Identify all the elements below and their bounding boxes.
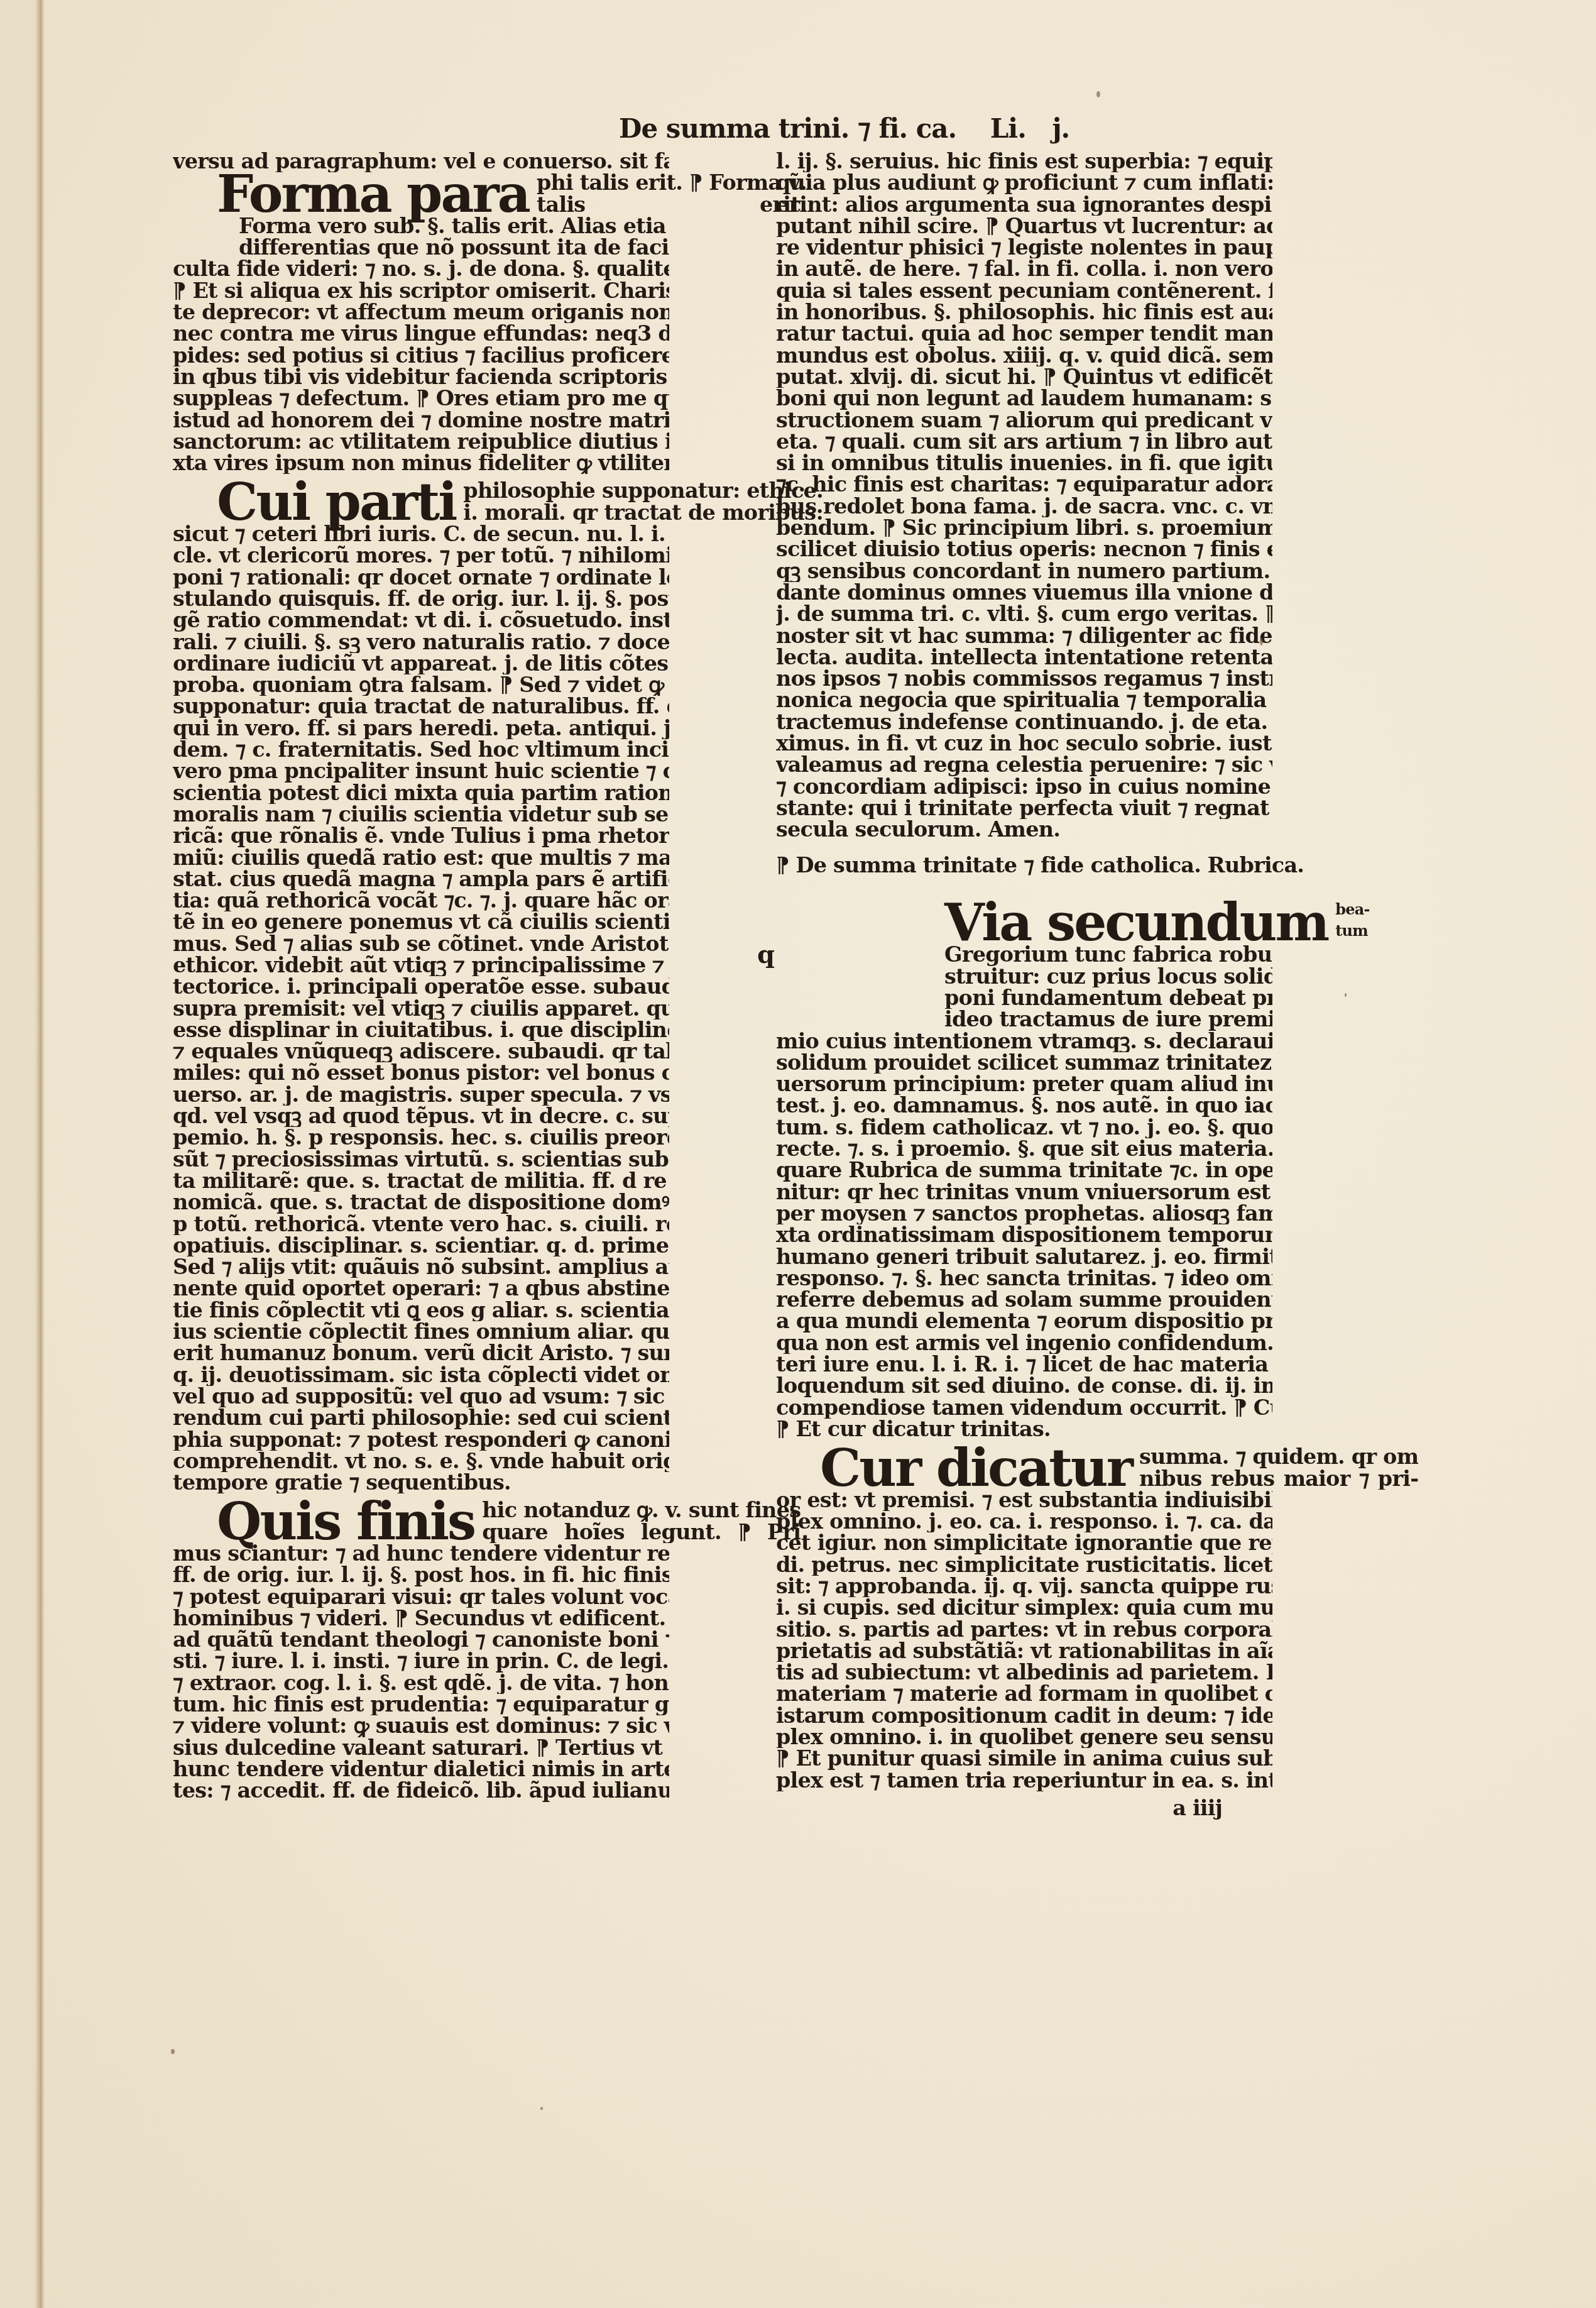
- heading-cur-dicatur: Cur dicatur summa. ⁊ quidem. qr omnibus …: [776, 1446, 1272, 1490]
- text-line: tempore gratie ⁊ sequentibus.: [173, 1472, 669, 1493]
- text-line: differentias que nõ possunt ita de facil…: [173, 237, 669, 258]
- text-line: vero pma pncipaliter insunt huic scienti…: [173, 761, 669, 782]
- heading-side-lines: summa. ⁊ quidem. qr omnibus rebus maior …: [1139, 1446, 1418, 1490]
- text-line: proba. quoniam ꝯtra falsam. ⁋ Sed ⁊ vide…: [173, 674, 669, 696]
- text-line: suppleas ⁊ defectum. ⁋ Ores etiam pro me…: [173, 388, 669, 409]
- text-line: sitio. s. partis ad partes: vt in rebus …: [776, 1619, 1272, 1640]
- text-line: qua non est armis vel ingenio confidendu…: [776, 1333, 1272, 1354]
- book-page: De summa trini. ⁊ fi. ca. Li. j. versu a…: [0, 0, 1596, 2308]
- heading-side-lines: philosophie supponatur: ethice.i. morali…: [463, 480, 823, 524]
- text-line: supponatur: quia tractat de naturalibus.…: [173, 696, 669, 717]
- running-head: De summa trini. ⁊ fi. ca. Li. j.: [619, 113, 1069, 144]
- heading-large-text: Quis finis: [173, 1500, 482, 1543]
- text-line: gẽ ratio commendat: vt di. i. cõsuetudo.…: [173, 610, 669, 631]
- text-line: ⁊ videre volunt: ꝙ suauis est dominus: ⁊…: [173, 1715, 669, 1737]
- text-line: ⁊ extraor. cog. l. i. §. est qdẽ. j. de …: [173, 1673, 669, 1694]
- text-line: or est: vt premisi. ⁊ est substantia ind…: [776, 1490, 1272, 1511]
- text-line: ⁊c. hic finis est charitas: ⁊ equiparatu…: [776, 474, 1272, 495]
- text-line: nonica negocia que spiritualia ⁊ tempora…: [776, 690, 1272, 711]
- text-line: tractemus indefense continuando. j. de e…: [776, 712, 1272, 733]
- text-line: mus sciantur: ⁊ ad hunc tendere videntur…: [173, 1543, 669, 1564]
- text-line: tes: ⁊ accedit. ff. de fideicõ. lib. ãpu…: [173, 1780, 669, 1801]
- text-line: hic notanduz ꝙ. v. sunt fines: [482, 1500, 801, 1521]
- heading-cui-parti: Cui parti philosophie supponatur: ethice…: [173, 480, 669, 524]
- quis-finis-paragraph: mus sciantur: ⁊ ad hunc tendere videntur…: [173, 1543, 669, 1802]
- text-line: miũ: ciuilis quedã ratio est: que multis…: [173, 847, 669, 869]
- text-line: scilicet diuisio totius operis: necnon ⁊…: [776, 539, 1272, 560]
- text-line: istud ad honorem dei ⁊ domine nostre mat…: [173, 410, 669, 431]
- text-line: nibus rebus maior ⁊ pri-: [1139, 1468, 1418, 1490]
- text-line: phi talis erit. ⁋ Forma ṽ.: [537, 172, 807, 194]
- heading-large-text: Cur dicatur: [776, 1447, 1139, 1490]
- text-line: mus. Sed ⁊ alias sub se cõtinet. vnde Ar…: [173, 933, 669, 955]
- text-line: tie finis cõplectit vti ꝗ eos g aliar. s…: [173, 1300, 669, 1321]
- text-line: teri iure enu. l. i. R. i. ⁊ licet de ha…: [776, 1354, 1272, 1375]
- text-line: di. petrus. nec simplicitate rusticitati…: [776, 1554, 1272, 1576]
- text-line: stat. cius quedã magna ⁊ ampla pars ẽ ar…: [173, 869, 669, 890]
- text-line: hunc tendere videntur dialetici nimis in…: [173, 1759, 669, 1780]
- text-line: stante: qui i trinitate perfecta viuit ⁊…: [776, 798, 1272, 819]
- text-line: i. morali. qr tractat de moribus:: [463, 502, 823, 524]
- text-line: poni ⁊ rationali: qr docet ornate ⁊ ordi…: [173, 567, 669, 588]
- text-line: tis ad subiectum: vt albedinis ad pariet…: [776, 1662, 1272, 1683]
- text-line: ⁋ Et si aliqua ex his scriptor omiserit.…: [173, 280, 669, 302]
- text-line: noster sit vt hac summa: ⁊ diligenter ac…: [776, 625, 1272, 647]
- text-line: scientia potest dici mixta quia partim r…: [173, 783, 669, 804]
- text-line: opatiuis. disciplinar. s. scientiar. q. …: [173, 1235, 669, 1256]
- text-line: dante dominus omnes viuemus illa vnione …: [776, 582, 1272, 603]
- heading-forma-paraphi: Forma para phi talis erit. ⁋ Forma ṽ.tal…: [173, 172, 669, 216]
- text-line: eta. ⁊ quali. cum sit ars artium ⁊ in li…: [776, 431, 1272, 453]
- text-line: vel quo ad suppositũ: vel quo ad vsum: ⁊…: [173, 1386, 669, 1407]
- text-line: in honoribus. §. philosophis. hic finis …: [776, 302, 1272, 323]
- text-line: ximus. in fi. vt cuz in hoc seculo sobri…: [776, 733, 1272, 754]
- folio-number: j.: [1052, 113, 1069, 144]
- text-line: uersorum principium: preter quam aliud i…: [776, 1074, 1272, 1095]
- text-line: xta vires ipsum non minus fideliter ꝙ vt…: [173, 453, 669, 474]
- text-line: plex est ⁊ tamen tria reperiuntur in ea.…: [776, 1770, 1272, 1791]
- text-line: rendum cui parti philosophie: sed cui sc…: [173, 1407, 669, 1429]
- text-line: a qua mundi elementa ⁊ eorum dispositio …: [776, 1311, 1272, 1332]
- text-line: l. ij. §. seruius. hic finis est superbi…: [776, 151, 1272, 172]
- text-line: ta militarẽ: que. s. tractat de militia.…: [173, 1170, 669, 1192]
- text-line: Forma vero sub. §. talis erit. Alias eti…: [173, 216, 669, 237]
- text-line: ordinare iudiciũ vt appareat. j. de liti…: [173, 653, 669, 674]
- cur-dicatur-paragraph: or est: vt premisi. ⁊ est substantia ind…: [776, 1490, 1272, 1791]
- text-line: ⁋ Et cur dicatur trinitas.: [776, 1419, 1272, 1440]
- text-line: sius dulcedine valeant saturari. ⁋ Terti…: [173, 1737, 669, 1759]
- heading-side-lines: bea-tum: [1335, 901, 1369, 945]
- text-line: referre debemus ad solam summe prouident…: [776, 1289, 1272, 1311]
- text-line: si in omnibus titulis inuenies. in fi. q…: [776, 453, 1272, 474]
- text-line: te deprecor: vt affectum meum origanis n…: [173, 302, 669, 323]
- cui-parti-paragraph: sicut ⁊ ceteri libri iuris. C. de secun.…: [173, 524, 669, 1493]
- text-line: quare hoĩes legunt. ⁋ Pri: [482, 1522, 801, 1543]
- text-line: ius scientie cõplectit fines omnium alia…: [173, 1321, 669, 1343]
- text-line: compendiose tamen videndum occurrit. ⁋ C…: [776, 1397, 1272, 1419]
- heading-via-secundum: Via secundum bea-tum: [776, 901, 1272, 945]
- text-line: i. si cupis. sed dicitur simplex: quia c…: [776, 1597, 1272, 1618]
- text-line: in autẽ. de here. ⁊ fal. in fi. colla. i…: [776, 258, 1272, 280]
- text-line: istarum compositionum cadit in deum: ⁊ i…: [776, 1705, 1272, 1727]
- text-line: materiam ⁊ materie ad formam in quolibet…: [776, 1683, 1272, 1705]
- text-line: sũt ⁊ preciosissimas virtutũ. s. scienti…: [173, 1149, 669, 1170]
- text-line: Sed ⁊ alijs vtit: quãuis nõ subsint. amp…: [173, 1256, 669, 1278]
- text-line: ethicor. videbit aũt vtiqꝫ ⁊ principalis…: [173, 955, 669, 976]
- text-line: hominibus ⁊ videri. ⁋ Secundus vt edific…: [173, 1608, 669, 1629]
- text-line: bendum. ⁋ Sic principium libri. s. proem…: [776, 517, 1272, 539]
- text-line: mio cuius intentionem vtramqꝫ. s. declar…: [776, 1031, 1272, 1052]
- text-line: nente quid oportet operari: ⁊ a qbus abs…: [173, 1278, 669, 1299]
- text-line: solidum prouidet scilicet summaz trinita…: [776, 1052, 1272, 1074]
- left-column: versu ad paragraphum: vel e conuerso. si…: [173, 151, 669, 1802]
- text-line: ad quãtũ tendant theologi ⁊ canoniste bo…: [173, 1629, 669, 1651]
- text-line: prietatis ad substãtiã: vt rationabilita…: [776, 1640, 1272, 1662]
- text-line: rali. ⁊ ciuili. §. sꝫ vero naturalis rat…: [173, 632, 669, 653]
- text-line: qꝫ sensibus concordant in numero partium…: [776, 561, 1272, 582]
- text-line: structionem suam ⁊ aliorum qui predicant…: [776, 410, 1272, 431]
- text-line: recte. ⁊. s. i proemio. §. que sit eius …: [776, 1138, 1272, 1160]
- heading-large-text: Cui parti: [173, 481, 463, 524]
- text-line: tum. s. fidem catholicaz. vt ⁊ no. j. eo…: [776, 1117, 1272, 1138]
- text-line: phia supponat: ⁊ potest responderi ꝙ can…: [173, 1429, 669, 1451]
- text-line: plex omnino. i. in quolibet genere seu s…: [776, 1727, 1272, 1748]
- text-line: tectorice. i. principali operatõe esse. …: [173, 976, 669, 997]
- text-line: humano generi tribuit salutarez. j. eo. …: [776, 1246, 1272, 1268]
- text-line: comprehendit. vt no. s. e. §. vnde habui…: [173, 1451, 669, 1472]
- text-line: poni fundamentum debeat prouidetur: [944, 987, 1272, 1009]
- text-line: re videntur phisici ⁊ legiste nolentes i…: [776, 237, 1272, 258]
- text-line: sanctorum: ac vtilitatem reipublice diut…: [173, 431, 669, 453]
- text-line: quare Rubrica de summa trinitate ⁊c. in …: [776, 1160, 1272, 1181]
- running-head-book: Li.: [990, 113, 1026, 144]
- rubric-heading: ⁋ De summa trinitate ⁊ fide catholica. R…: [776, 855, 1272, 876]
- text-line: summa. ⁊ quidem. qr om: [1139, 1446, 1418, 1468]
- text-line: per moysen ⁊ sanctos prophetas. aliosqꝫ …: [776, 1203, 1272, 1224]
- text-line: tẽ in eo genere ponemus vt cã ciuilis sc…: [173, 911, 669, 933]
- text-line: plex omnino. j. eo. ca. i. responso. i. …: [776, 1511, 1272, 1532]
- right-intro-paragraph: l. ij. §. seruius. hic finis est superbi…: [776, 151, 1272, 841]
- text-line: ideo tractamus de iure premisso proe-: [944, 1009, 1272, 1030]
- page-fold-shadow: [35, 0, 45, 2308]
- text-line: qd. vel vsqꝫ ad quod tẽpus. vt in decre.…: [173, 1106, 669, 1127]
- text-line: test. j. eo. damnamus. §. nos autẽ. in q…: [776, 1095, 1272, 1116]
- text-line: Gregorium tunc fabrica robusta con-: [944, 944, 1272, 965]
- running-head-title: De summa trini. ⁊ fi. ca.: [619, 113, 956, 144]
- text-line: moralis nam ⁊ ciuilis scientia videtur s…: [173, 804, 669, 825]
- text-line: bea-: [1335, 901, 1369, 923]
- text-line: pides: sed potius si citius ⁊ facilius p…: [173, 345, 669, 366]
- via-secundum-paragraph: mio cuius intentionem vtramqꝫ. s. declar…: [776, 1031, 1272, 1441]
- forma-paragraph: Forma vero sub. §. talis erit. Alias eti…: [173, 216, 669, 475]
- text-line: uerso. ar. j. de magistris. super specul…: [173, 1084, 669, 1106]
- heading-quis-finis: Quis finis hic notanduz ꝙ. v. sunt fines…: [173, 1500, 669, 1543]
- text-line: q. ij. deuotissimam. sic ista cõplecti v…: [173, 1365, 669, 1386]
- heading-large-text: Via secundum: [944, 901, 1335, 944]
- text-line: struitur: cuz prius locus solidus in quo: [944, 966, 1272, 987]
- text-line: pemio. h. §. p responsis. hec. s. ciuili…: [173, 1127, 669, 1148]
- text-line: putant nihil scire. ⁋ Quartus vt lucrent…: [776, 216, 1272, 237]
- text-line: cle. vt clericorũ mores. ⁊ per totũ. ⁊ n…: [173, 545, 669, 566]
- text-line: mundus est obolus. xiiij. q. v. quid dic…: [776, 345, 1272, 366]
- text-line: nos ipsos ⁊ nobis commissos regamus ⁊ in…: [776, 668, 1272, 690]
- text-line: loquendum sit sed diuino. de conse. di. …: [776, 1375, 1272, 1397]
- text-line: nomicã. que. s. tractat de dispositione …: [173, 1192, 669, 1213]
- text-line: sicut ⁊ ceteri libri iuris. C. de secun.…: [173, 524, 669, 545]
- heading-side-lines: phi talis erit. ⁋ Forma ṽ.talis erit.: [537, 172, 807, 216]
- guide-letter: q: [757, 944, 774, 965]
- text-line: quia plus audiunt ꝙ proficiunt ⁊ cum inf…: [776, 172, 1272, 194]
- text-line: cet igiur. non simplicitate ignorantie q…: [776, 1532, 1272, 1554]
- text-line: secula seculorum. Amen.: [776, 819, 1272, 840]
- text-line: j. de summa tri. c. vlti. §. cum ergo ve…: [776, 603, 1272, 625]
- signature-mark: a iiij: [776, 1798, 1272, 1819]
- text-line: ⁊ equales vnũqueqꝫ adiscere. subaudi. qr…: [173, 1041, 669, 1062]
- text-line: ⁋ Et punitur quasi simile in anima cuius…: [776, 1748, 1272, 1769]
- text-line: erint: alios argumenta sua ignorantes de…: [776, 194, 1272, 216]
- text-line: talis erit.: [537, 194, 807, 216]
- right-column: l. ij. §. seruius. hic finis est superbi…: [776, 151, 1272, 1819]
- text-line: miles: qui nõ esset bonus pistor: vel bo…: [173, 1062, 669, 1084]
- text-line: ⁊ potest equiparari visui: qr tales volu…: [173, 1586, 669, 1608]
- text-line: qui in vero. ff. si pars heredi. peta. a…: [173, 718, 669, 739]
- text-line: ff. de orig. iur. l. ij. §. post hos. in…: [173, 1564, 669, 1586]
- text-line: nec contra me virus lingue effundas: neq…: [173, 323, 669, 344]
- text-line: sit: ⁊ approbanda. ij. q. vij. sancta qu…: [776, 1576, 1272, 1597]
- text-line: tia: quã rethoricã vocãt ⁊c. ⁊. j. quare…: [173, 890, 669, 911]
- text-line: erit humanuz bonum. verũ dicit Aristo. ⁊…: [173, 1343, 669, 1364]
- text-line: in qbus tibi vis videbitur facienda scri…: [173, 366, 669, 388]
- text-line: valeamus ad regna celestia peruenire: ⁊ …: [776, 754, 1272, 776]
- text-line: culta fide videri: ⁊ no. s. j. de dona. …: [173, 258, 669, 280]
- text-line: putat. xlvij. di. sicut hi. ⁋ Quintus vt…: [776, 366, 1272, 388]
- text-line: philosophie supponatur: ethice.: [463, 480, 823, 502]
- text-line: tum: [1335, 923, 1369, 944]
- heading-side-lines: hic notanduz ꝙ. v. sunt finesquare hoĩes…: [482, 1500, 801, 1543]
- text-line: xta ordinatissimam dispositionem temporu…: [776, 1224, 1272, 1246]
- text-line: dem. ⁊ c. fraternitatis. Sed hoc vltimum…: [173, 739, 669, 761]
- text-line: tum. hic finis est prudentia: ⁊ equipara…: [173, 1694, 669, 1715]
- text-line: ratur tactui. quia ad hoc semper tendit …: [776, 323, 1272, 344]
- text-line: sti. ⁊ iure. l. i. insti. ⁊ iure in prin…: [173, 1651, 669, 1672]
- page-gutter: [0, 0, 35, 2308]
- text-line: supra premisit: vel vtiqꝫ ⁊ ciuilis appa…: [173, 998, 669, 1019]
- text-line: responso. ⁊. §. hec sancta trinitas. ⁊ i…: [776, 1268, 1272, 1289]
- heading-large-text: Forma para: [173, 173, 537, 216]
- text-line: boni qui non legunt ad laudem humanam: s…: [776, 388, 1272, 409]
- text-line: stulando quisquis. ff. de orig. iur. l. …: [173, 588, 669, 610]
- via-indented-lines: Gregorium tunc fabrica robusta con-strui…: [776, 944, 1272, 1030]
- text-line: nitur: qr hec trinitas vnum vniuersorum …: [776, 1182, 1272, 1203]
- text-line: esse displinar in ciuitatibus. i. que di…: [173, 1019, 669, 1041]
- text-line: ⁊ concordiam adipisci: ipso in cuius nom…: [776, 776, 1272, 798]
- text-line: quia si tales essent pecuniam contẽneren…: [776, 280, 1272, 302]
- text-line: bus redolet bona fama. j. de sacra. vnc.…: [776, 496, 1272, 517]
- text-line: p totũ. rethoricã. vtente vero hac. s. c…: [173, 1214, 669, 1235]
- text-line: lecta. audita. intellecta intentatione r…: [776, 647, 1272, 668]
- text-line: ricã: que rõnalis ẽ. vnde Tulius i pma r…: [173, 825, 669, 847]
